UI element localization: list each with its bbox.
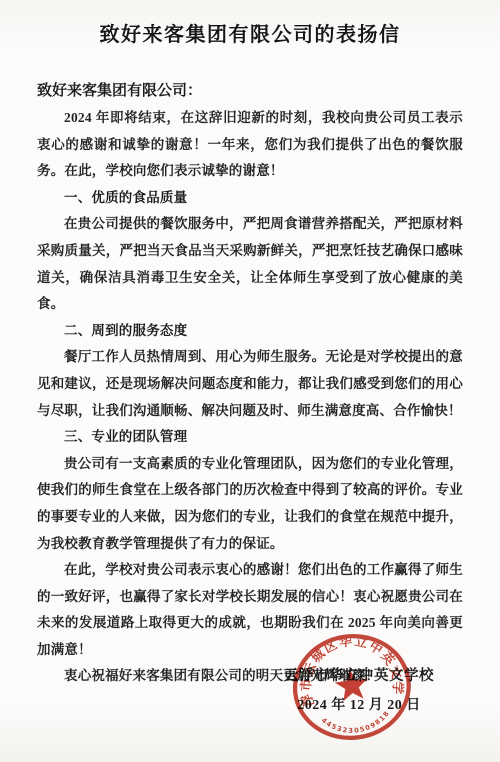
section-heading: 二、周到的服务态度 (37, 318, 463, 345)
body-paragraph: 2024 年即将结束，在这辞旧迎新的时刻，我校向贵公司员工表示衷心的感谢和诚挚的… (37, 105, 463, 185)
letter-paragraphs: 2024 年即将结束，在这辞旧迎新的时刻，我校向贵公司员工表示衷心的感谢和诚挚的… (37, 105, 463, 690)
section-heading: 三、专业的团队管理 (37, 424, 463, 451)
letter-title: 致好来客集团有限公司的表扬信 (37, 22, 463, 48)
commendation-letter-page: 致好来客集团有限公司的表扬信 致好来客集团有限公司： 2024 年即将结束，在这… (0, 0, 500, 762)
body-paragraph: 在贵公司提供的餐饮服务中，严把周食谱营养搭配关，严把原材料采购质量关，严把当天食… (37, 211, 463, 317)
signature-date: 2024 年 12 月 20 日 (284, 691, 434, 720)
letter-body: 致好来客集团有限公司的表扬信 致好来客集团有限公司： 2024 年即将结束，在这… (0, 0, 500, 690)
body-paragraph: 贵公司有一支高素质的专业化管理团队，因为您们的专业化管理，使我们的师生食堂在上级… (37, 451, 463, 557)
signature-block: 云浮市华立中英文学校 2024 年 12 月 20 日 (284, 662, 434, 720)
body-paragraph: 在此，学校对贵公司表示衷心的感谢！您们出色的工作赢得了师生的一致好评，也赢得了家… (37, 557, 463, 663)
salutation: 致好来客集团有限公司： (37, 78, 463, 105)
section-heading: 一、优质的食品质量 (37, 185, 463, 212)
body-paragraph: 餐厅工作人员热情周到、用心为师生服务。无论是对学校提出的意见和建议，还是现场解决… (37, 344, 463, 424)
signature-school-name: 云浮市华立中英文学校 (284, 662, 434, 691)
